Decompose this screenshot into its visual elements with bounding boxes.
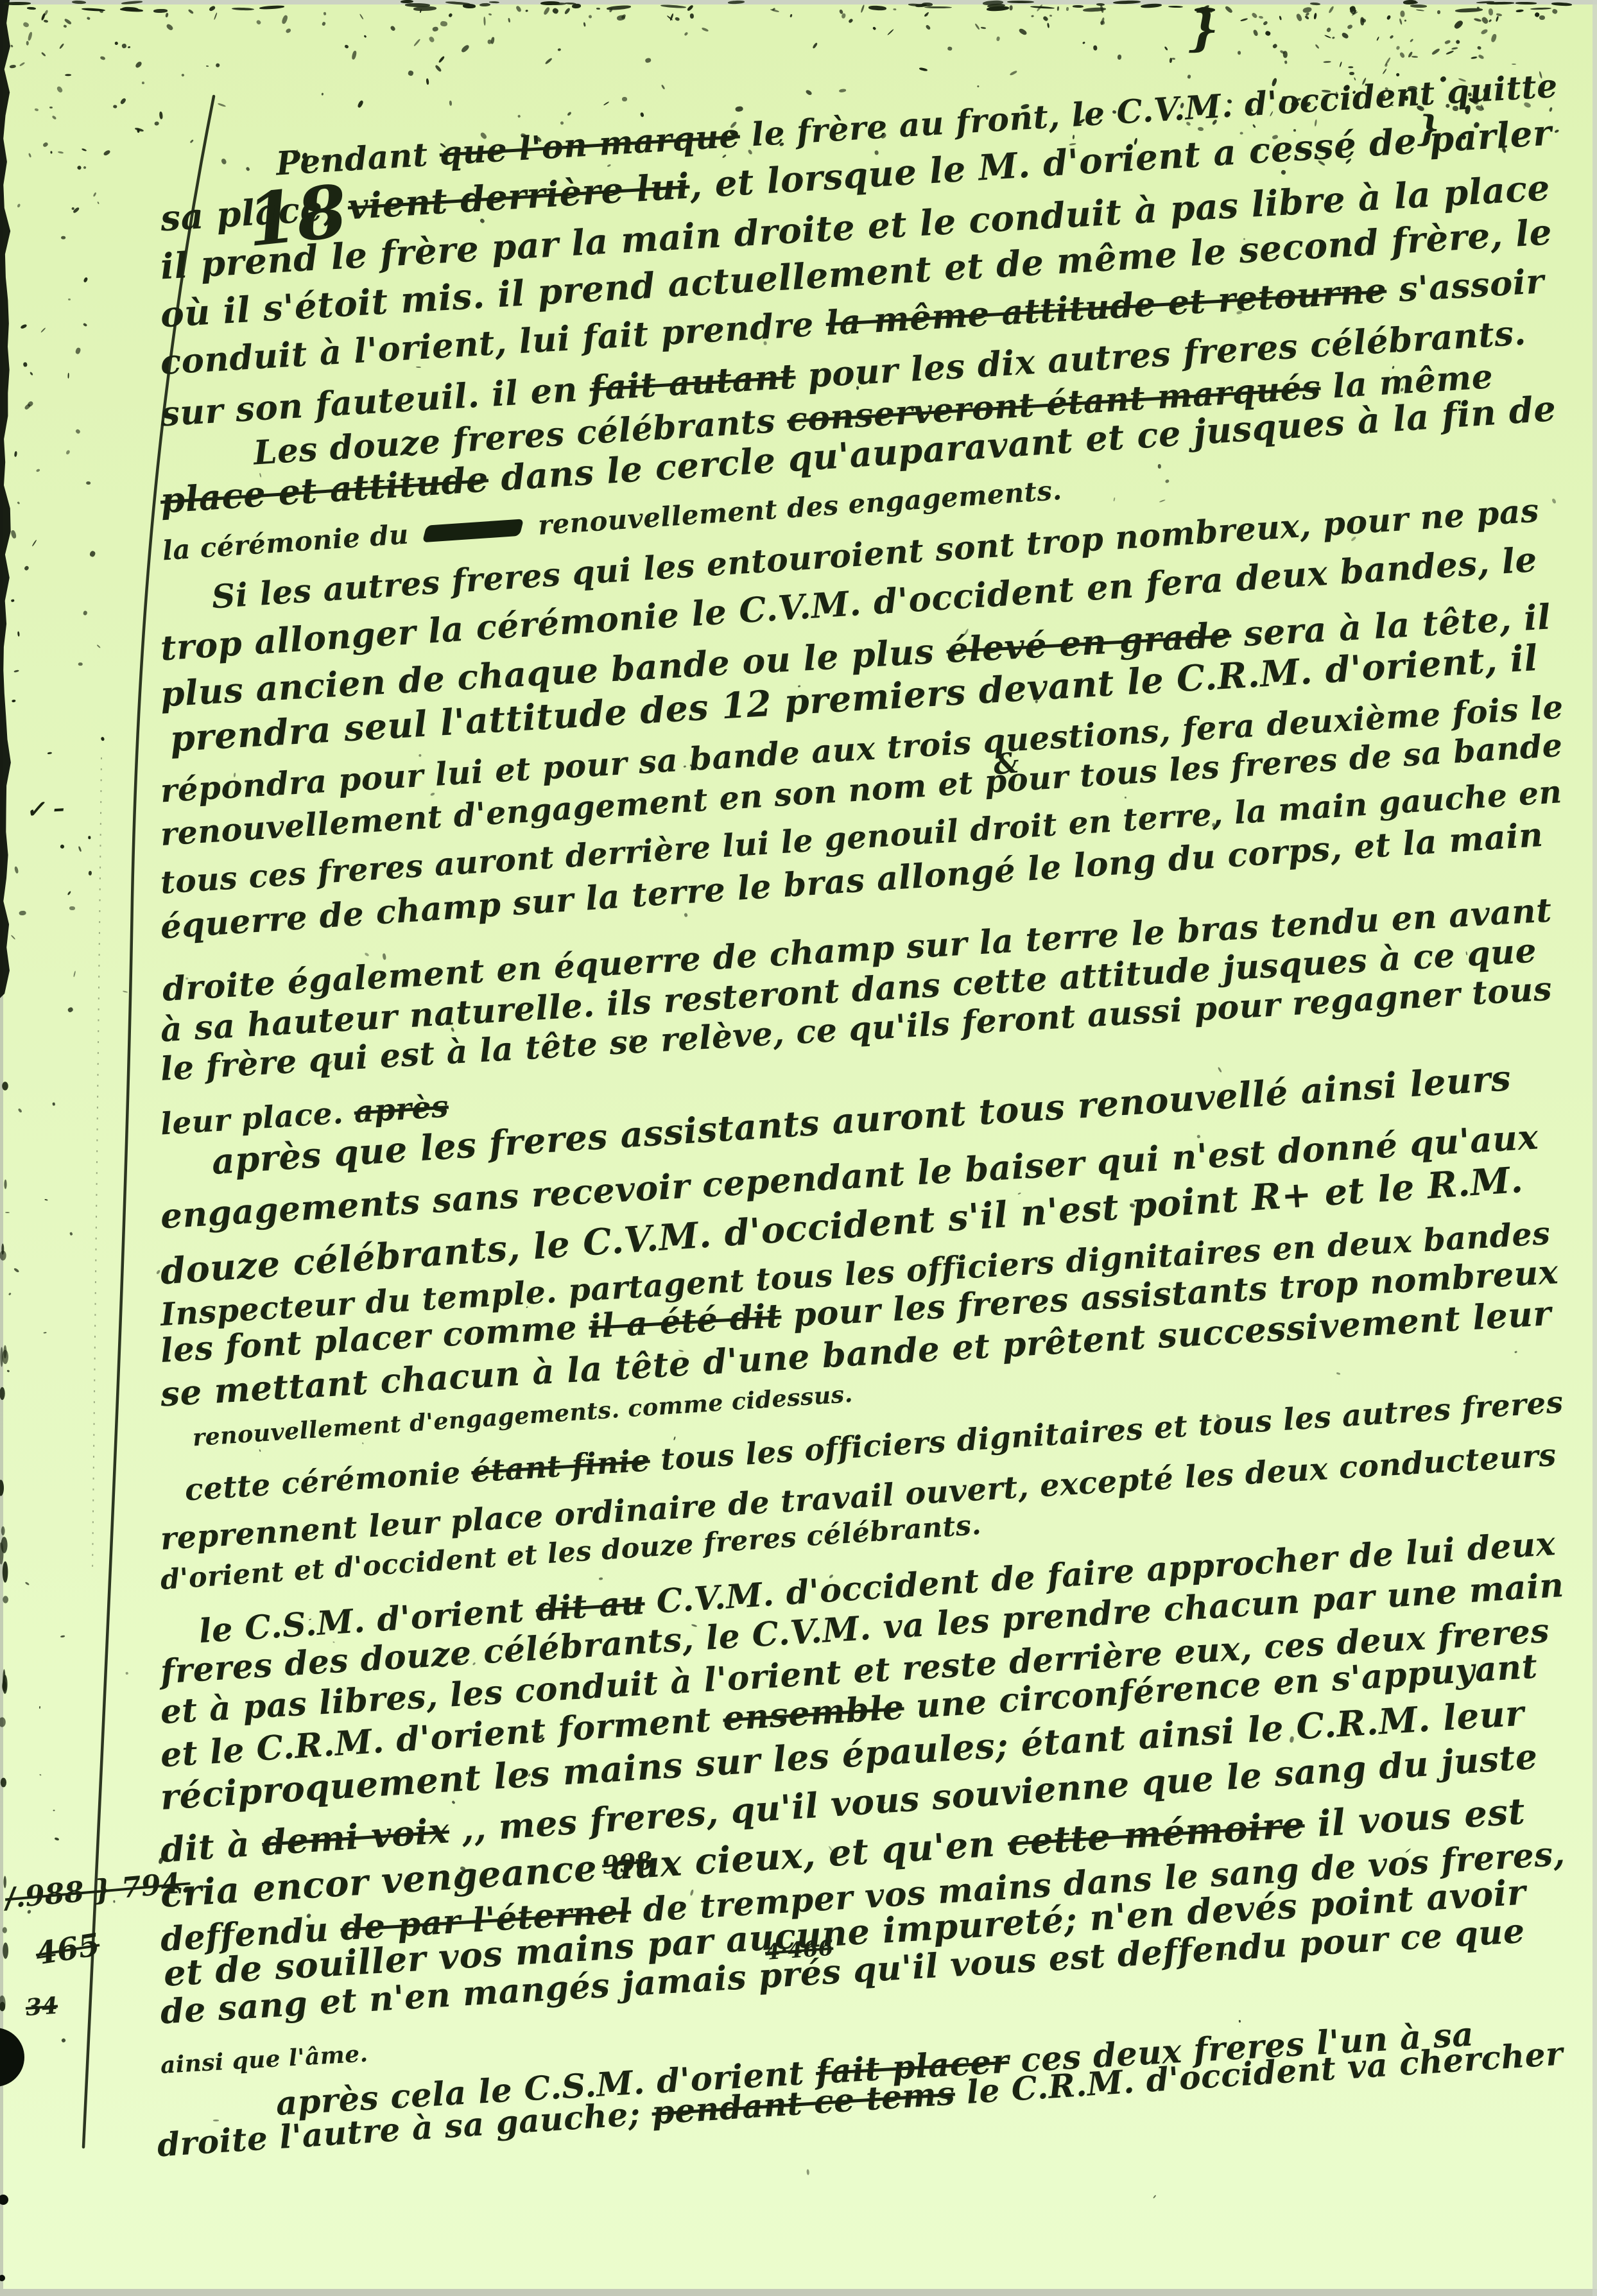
noise-speck (1164, 46, 1168, 51)
noise-speck (121, 44, 127, 49)
scan-edge-blob (0, 1347, 3, 1367)
noise-speck (544, 58, 553, 65)
noise-speck (974, 23, 980, 30)
noise-speck (1328, 6, 1334, 13)
noise-speck (1400, 10, 1404, 17)
scan-edge-blob (2, 1082, 8, 1090)
noise-speck (23, 362, 28, 367)
noise-speck (508, 18, 510, 22)
noise-speck (1530, 7, 1551, 10)
margin-note: ✓ – (25, 795, 65, 824)
scan-edge-blob (2, 1350, 8, 1364)
noise-speck (82, 148, 87, 151)
noise-speck (60, 844, 65, 849)
noise-speck (860, 4, 865, 13)
noise-speck (560, 121, 564, 126)
scanner-bezel-top (0, 0, 1597, 4)
interline-note: 998 (601, 1845, 655, 1879)
noise-speck (78, 662, 83, 666)
noise-speck (332, 1641, 334, 1643)
noise-speck (1095, 114, 1099, 118)
noise-speck (22, 21, 30, 28)
noise-speck (1100, 5, 1104, 13)
noise-speck (684, 913, 688, 918)
noise-speck (1315, 44, 1320, 49)
noise-speck (166, 23, 174, 31)
noise-speck (39, 1774, 41, 1775)
noise-speck (868, 5, 886, 10)
noise-speck (323, 12, 326, 15)
noise-speck (1551, 498, 1557, 504)
noise-speck (89, 870, 92, 875)
noise-speck (1410, 4, 1427, 7)
noise-speck (232, 7, 255, 11)
noise-speck (88, 836, 91, 840)
noise-speck (645, 58, 652, 64)
noise-speck (1376, 36, 1379, 40)
scan-edge-blob (0, 1480, 4, 1496)
noise-speck (1489, 19, 1492, 22)
noise-speck (687, 4, 694, 12)
noise-speck (285, 28, 291, 34)
noise-speck (440, 21, 447, 27)
noise-speck (137, 128, 140, 133)
noise-speck (246, 166, 250, 171)
struck-words: demi voix (261, 1809, 451, 1863)
noise-speck (1030, 6, 1054, 10)
noise-speck (1471, 56, 1478, 59)
noise-speck (452, 1800, 456, 1804)
noise-speck (322, 157, 326, 160)
noise-speck (487, 39, 491, 44)
noise-speck (1252, 124, 1256, 128)
noise-speck (1339, 61, 1342, 67)
margin-note: 34 (25, 1992, 59, 2021)
noise-speck (448, 13, 453, 18)
scan-edge-blob (3, 1927, 7, 1933)
noise-speck (1010, 70, 1017, 76)
noise-speck (99, 9, 104, 13)
noise-speck (893, 8, 897, 11)
noise-speck (1073, 5, 1083, 8)
margin-note: 465 (33, 1927, 103, 1972)
noise-speck (71, 0, 85, 4)
noise-speck (1326, 26, 1332, 32)
noise-speck (433, 26, 439, 31)
noise-speck (67, 1007, 74, 1013)
noise-speck (41, 51, 46, 56)
noise-speck (1279, 16, 1282, 21)
noise-speck (564, 7, 571, 15)
hole-punch-mark (0, 2028, 24, 2087)
noise-speck (599, 1577, 603, 1580)
noise-speck (1490, 33, 1497, 42)
interline-note: 4·466 (764, 1935, 834, 1965)
noise-speck (1018, 28, 1028, 36)
noise-speck (1158, 464, 1161, 469)
noise-speck (673, 1437, 676, 1440)
noise-speck (5, 1212, 10, 1214)
noise-speck (344, 44, 349, 49)
noise-speck (83, 610, 88, 616)
noise-speck (364, 952, 369, 956)
noise-speck (39, 1706, 40, 1709)
noise-speck (70, 1232, 73, 1236)
noise-speck (75, 429, 81, 435)
scan-edge-left (0, 0, 11, 998)
noise-speck (101, 737, 105, 742)
noise-speck (44, 1332, 47, 1334)
noise-speck (1251, 12, 1257, 19)
noise-speck (14, 451, 17, 456)
noise-speck (1092, 45, 1097, 50)
noise-speck (1411, 55, 1418, 57)
noise-speck (1113, 1, 1141, 5)
noise-speck (96, 644, 101, 648)
noise-speck (1341, 32, 1349, 40)
noise-speck (1349, 72, 1354, 75)
scan-edge-blob (3, 1942, 8, 1958)
noise-speck (60, 1635, 65, 1637)
noise-speck (1057, 6, 1059, 11)
noise-speck (1488, 8, 1493, 15)
noise-speck (1296, 13, 1303, 22)
scan-edge-blob (0, 1250, 6, 1260)
noise-speck (26, 40, 30, 45)
scan-edge-blob (0, 1387, 5, 1400)
noise-speck (997, 37, 1001, 41)
noise-speck (42, 142, 49, 148)
noise-speck (887, 28, 894, 35)
noise-speck (65, 449, 70, 455)
noise-speck (728, 0, 745, 4)
noise-speck (1554, 129, 1560, 134)
noise-speck (61, 236, 65, 239)
noise-speck (99, 56, 105, 61)
noise-speck (428, 36, 435, 43)
noise-speck (363, 35, 367, 38)
ink-blot (422, 519, 524, 542)
noise-speck (19, 62, 25, 66)
noise-speck (11, 599, 15, 602)
noise-speck (1159, 499, 1166, 503)
noise-speck (1399, 18, 1403, 25)
noise-speck (413, 6, 436, 12)
scan-edge-blob (3, 1670, 5, 1689)
noise-speck (13, 1268, 20, 1273)
noise-speck (790, 14, 792, 17)
noise-speck (121, 1, 143, 4)
scan-edge-blob (3, 1675, 8, 1694)
scan-edge-blob (3, 1345, 6, 1359)
noise-speck (1010, 5, 1013, 11)
noise-speck (19, 911, 26, 916)
noise-speck (10, 530, 17, 539)
noise-speck (58, 151, 64, 154)
scan-edge-blob (1, 1537, 7, 1553)
noise-speck (517, 114, 521, 117)
noise-speck (209, 5, 216, 12)
noise-speck (1302, 6, 1312, 13)
noise-speck (1332, 37, 1335, 39)
noise-speck (607, 164, 611, 168)
noise-speck (1007, 1, 1034, 3)
noise-speck (17, 632, 20, 637)
noise-speck (1451, 47, 1458, 50)
noise-speck (1437, 10, 1441, 13)
struck-words: après (353, 1089, 450, 1130)
noise-speck (1252, 29, 1259, 37)
noise-speck (44, 20, 48, 23)
noise-speck (1539, 15, 1545, 21)
noise-speck (181, 74, 184, 77)
noise-speck (35, 469, 40, 473)
noise-speck (215, 63, 220, 68)
noise-speck (1153, 2195, 1156, 2199)
noise-speck (73, 971, 76, 977)
scan-edge-blob (4, 1180, 6, 1189)
noise-speck (51, 116, 56, 120)
noise-speck (1310, 2, 1320, 5)
scan-edge-blob (3, 1596, 8, 1603)
noise-speck (12, 699, 16, 702)
noise-speck (660, 4, 686, 9)
noise-speck (65, 74, 71, 76)
noise-speck (461, 44, 470, 53)
noise-speck (52, 1103, 55, 1106)
noise-speck (1187, 74, 1191, 78)
noise-speck (1265, 31, 1271, 37)
noise-speck (63, 24, 67, 28)
noise-speck (1313, 13, 1317, 20)
noise-speck (1281, 169, 1286, 175)
noise-speck (188, 8, 194, 13)
noise-speck (383, 953, 386, 960)
noise-speck (1125, 797, 1127, 798)
noise-speck (214, 12, 218, 20)
noise-speck (540, 1, 560, 4)
noise-speck (1218, 1067, 1222, 1073)
noise-speck (35, 108, 39, 111)
noise-speck (68, 298, 71, 301)
noise-speck (67, 891, 72, 896)
noise-speck (621, 13, 626, 19)
noise-speck (1141, 3, 1162, 8)
noise-speck (83, 277, 88, 282)
noise-speck (1168, 6, 1183, 8)
noise-speck (8, 1292, 12, 1295)
noise-speck (1431, 48, 1440, 56)
noise-speck (259, 1449, 261, 1452)
noise-speck (515, 5, 522, 13)
noise-speck (362, 1442, 364, 1445)
noise-speck (812, 42, 818, 49)
noise-speck (142, 82, 144, 84)
noise-speck (213, 2119, 219, 2121)
noise-speck (1549, 107, 1553, 112)
noise-speck (405, 3, 430, 7)
noise-speck (128, 46, 131, 49)
noise-speck (947, 46, 953, 51)
noise-speck (1117, 55, 1121, 60)
noise-speck (190, 139, 194, 143)
noise-speck (1066, 6, 1069, 10)
noise-speck (1032, 15, 1034, 17)
noise-speck (359, 13, 365, 20)
noise-speck (1198, 126, 1204, 131)
noise-speck (44, 10, 49, 16)
noise-speck (462, 4, 475, 8)
noise-speck (408, 70, 414, 76)
scan-edge-blob (1, 1526, 5, 1535)
noise-speck (40, 327, 46, 332)
noise-speck (113, 1900, 115, 1903)
noise-speck (435, 64, 442, 72)
noise-speck (543, 6, 551, 15)
noise-speck (1304, 15, 1309, 21)
noise-speck (1445, 40, 1451, 44)
noise-speck (588, 15, 592, 19)
noise-speck (55, 1837, 60, 1841)
noise-speck (24, 404, 31, 411)
noise-speck (17, 501, 20, 504)
noise-speck (1324, 2071, 1326, 2073)
noise-speck (75, 347, 82, 354)
noise-speck (1263, 21, 1268, 26)
noise-speck (1515, 2, 1537, 4)
noise-speck (416, 367, 421, 368)
noise-speck (221, 158, 228, 166)
noise-speck (25, 1582, 30, 1585)
scan-edge-blobs (0, 1082, 8, 2011)
paper-crease-line (92, 757, 101, 1573)
noise-speck (134, 61, 142, 69)
noise-speck (97, 201, 99, 204)
noise-speck (438, 56, 445, 64)
interline-note: } (1417, 108, 1440, 149)
noise-speck (1446, 49, 1454, 55)
manuscript-line: ainsi que l'âme. (160, 2040, 369, 2079)
noise-speck (1552, 8, 1558, 15)
noise-speck (14, 669, 19, 673)
noise-speck (47, 752, 51, 755)
noise-speck (390, 25, 396, 31)
noise-speck (1073, 135, 1075, 139)
manuscript-page: 18 Pendant que l'on marque le frère au f… (0, 0, 1597, 2296)
noise-speck (165, 13, 168, 18)
noise-speck (218, 103, 226, 107)
noise-speck (675, 17, 680, 21)
noise-speck (1481, 16, 1489, 25)
scanner-bezel-bottom (0, 2289, 1597, 2296)
noise-speck (805, 89, 812, 96)
noise-speck (24, 565, 30, 571)
noise-speck (76, 164, 82, 170)
noise-speck (640, 112, 644, 117)
noise-speck (78, 846, 82, 852)
scan-edge-blob (1, 1778, 6, 1788)
noise-speck (1113, 497, 1115, 501)
ink-dot (0, 2195, 8, 2205)
noise-speck (21, 324, 28, 329)
noise-speck (11, 935, 16, 940)
noise-speck (1279, 49, 1285, 54)
ink-dot (0, 2275, 5, 2281)
noise-speck (85, 481, 90, 485)
struck-words: dit au (535, 1584, 646, 1629)
noise-speck (53, 1809, 55, 1811)
noise-speck (120, 98, 127, 105)
noise-speck (256, 19, 262, 25)
noise-speck (1238, 50, 1241, 55)
noise-speck (56, 85, 64, 93)
interline-note: & (992, 747, 1021, 781)
noise-speck (1465, 105, 1471, 114)
noise-speck (609, 8, 613, 13)
noise-speck (28, 31, 33, 41)
noise-speck (30, 371, 33, 375)
noise-speck (1239, 2019, 1241, 2022)
noise-speck (1240, 17, 1248, 22)
noise-speck (1213, 823, 1216, 827)
noise-speck (86, 17, 90, 20)
noise-speck (351, 51, 357, 60)
noise-speck (1551, 2, 1573, 6)
noise-speck (125, 1671, 128, 1675)
noise-speck (596, 8, 600, 10)
noise-speck (735, 107, 743, 112)
scan-edge-blob (3, 1561, 8, 1582)
noise-speck (1042, 16, 1049, 22)
noise-speck (1515, 1351, 1517, 1354)
noise-speck (83, 322, 87, 326)
noise-speck (1164, 479, 1170, 483)
noise-speck (926, 24, 931, 30)
noise-speck (1347, 24, 1353, 30)
noise-speck (61, 2038, 66, 2043)
noise-speck (10, 44, 13, 47)
noise-speck (1284, 60, 1287, 64)
noise-speck (1399, 51, 1406, 58)
noise-speck (684, 31, 689, 36)
scan-edge-blob (0, 1542, 4, 1565)
noise-speck (1396, 46, 1401, 51)
noise-speck (64, 18, 71, 24)
noise-speck (282, 15, 289, 24)
noise-speck (1474, 17, 1481, 22)
noise-speck (103, 150, 112, 157)
noise-speck (806, 2169, 809, 2175)
noise-speck (567, 112, 572, 117)
noise-speck (1272, 43, 1278, 49)
noise-speck (89, 550, 96, 557)
noise-speck (1453, 19, 1463, 30)
noise-speck (583, 22, 585, 27)
noise-speck (622, 97, 627, 101)
noise-speck (50, 151, 52, 153)
scan-edge-blob (2, 1681, 6, 1692)
noise-speck (114, 105, 117, 108)
noise-speck (525, 9, 528, 12)
noise-speck (93, 192, 97, 197)
noise-speck (1455, 39, 1461, 44)
noise-speck (114, 41, 118, 45)
noise-speck (322, 21, 326, 26)
noise-speck (321, 92, 324, 96)
noise-speck (27, 7, 36, 10)
noise-speck (551, 8, 558, 15)
noise-speck (1410, 39, 1413, 42)
